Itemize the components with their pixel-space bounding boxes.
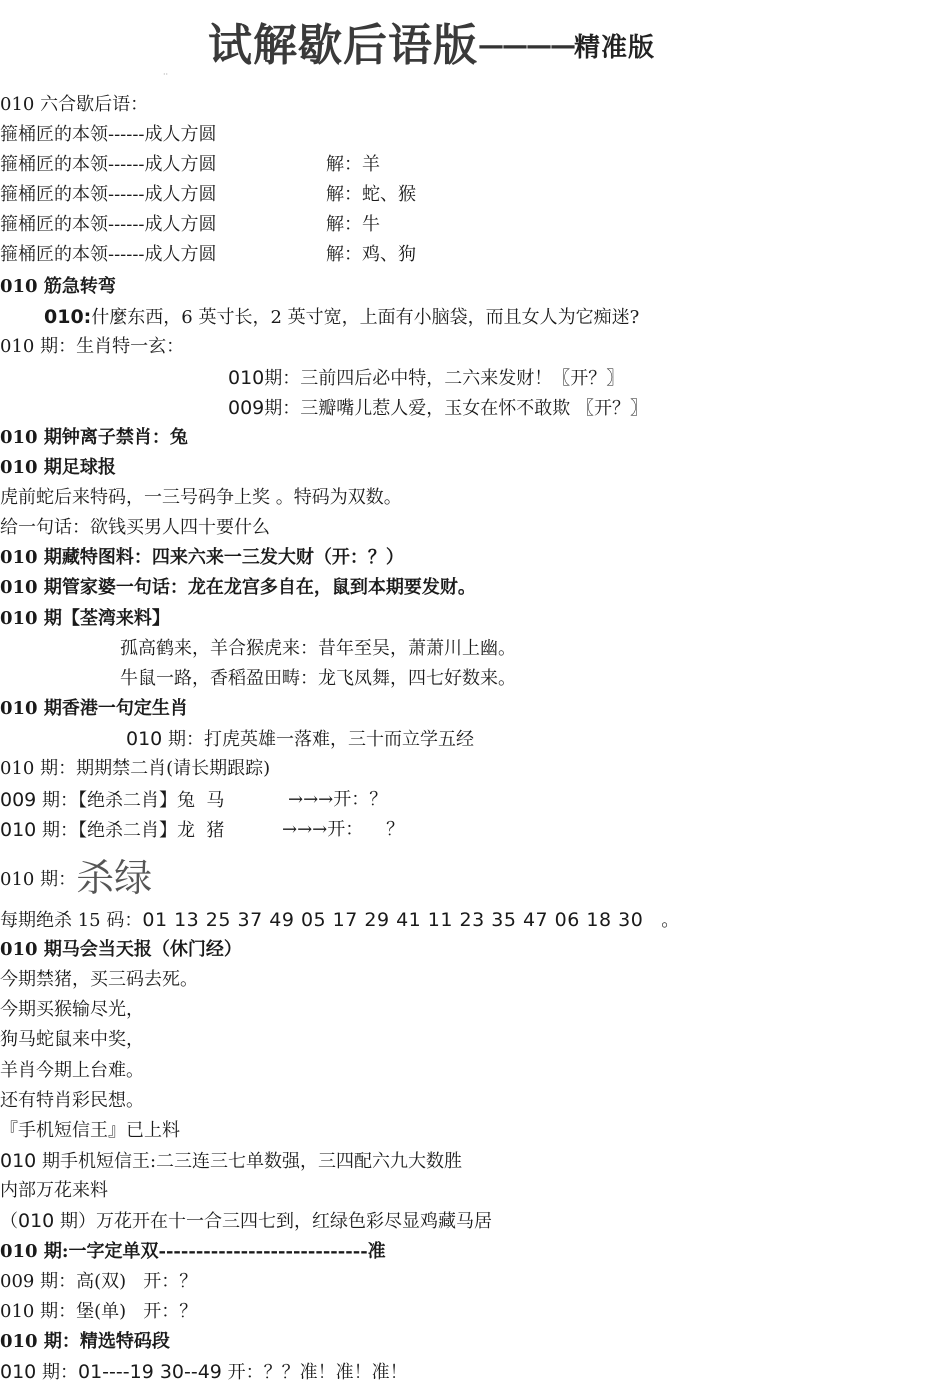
- xiehouyu-answer: 解：蛇、猴: [326, 182, 416, 208]
- stray-mark: ··: [163, 70, 168, 79]
- shengxiao-line: 009期：三瓣嘴儿惹人爱，玉女在怀不敢欺 〖开？〗: [228, 395, 648, 422]
- page-title: 试解歇后语版————精准版: [208, 18, 655, 76]
- title-main: 试解歇后语版: [208, 20, 478, 71]
- quanwan-line: 牛鼠一路，香稻盈田畴：龙飞凤舞，四七好数来。: [120, 666, 516, 692]
- xiehouyu-answer: 解：羊: [326, 152, 380, 178]
- sms-line: 010 期手机短信王:二三连三七单数强，三四配六九大数胜: [0, 1148, 462, 1175]
- mahui-line: 狗马蛇鼠来中奖，: [0, 1027, 144, 1053]
- shalv-text: 杀绿: [76, 856, 152, 900]
- hk-heading: 010 期香港一句定生肖: [0, 696, 188, 722]
- brain-heading: 010 筋急转弯: [0, 274, 116, 300]
- kill15-row: 每期绝杀 15 码：01 13 25 37 49 05 17 29 41 11 …: [0, 907, 679, 934]
- quanwan-heading: 010 期【荃湾来料】: [0, 606, 170, 632]
- brain-question: 010:什麼东西，6 英寸长，2 英寸宽，上面有小脑袋，而且女人为它痴迷?: [44, 304, 639, 331]
- shengxiao-heading: 010 期：生肖特一玄：: [0, 334, 184, 360]
- football-heading: 010 期足球报: [0, 455, 116, 481]
- xiehouyu-row: 箍桶匠的本领------成人方圆解：牛: [0, 212, 600, 238]
- wanhua-line: （010 期）万花开在十一合三四七到，红绿色彩尽显鸡藏马居: [0, 1208, 492, 1235]
- mahui-line: 今期禁猪，买三码去死。: [0, 967, 198, 993]
- danshuang-row: 009 期：高(双) 开：？: [0, 1269, 197, 1295]
- xiehouyu-answer: 解：牛: [326, 212, 380, 238]
- title-dash: ————: [478, 31, 574, 61]
- xiehouyu-heading: 010 六合歇后语：: [0, 92, 148, 118]
- xiehouyu-row: 箍桶匠的本领------成人方圆解：鸡、狗: [0, 242, 600, 268]
- juesha-row: 009 期：【绝杀二肖】兔 马→→→开：？: [0, 787, 224, 814]
- hk-line: 010 期：打虎英雄一落难，三十而立学五经: [126, 726, 474, 753]
- one-sentence: 给一句话：欲钱买男人四十要什么: [0, 515, 270, 541]
- danshuang-row: 010 期：堡(单) 开：？: [0, 1299, 197, 1325]
- guanjia-item: 010 期管家婆一句话：龙在龙宫多自在，鼠到本期要发财。: [0, 575, 476, 601]
- xiehouyu-row: 箍桶匠的本领------成人方圆解：羊: [0, 152, 600, 178]
- cangte-item: 010 期藏特图料：四来六来一三发大财（开：？）: [0, 545, 404, 571]
- mahui-line: 还有特肖彩民想。: [0, 1088, 144, 1114]
- zhongli-item: 010 期钟离子禁肖：兔: [0, 425, 188, 451]
- jingxuan-line: 010 期：01----19 30--49 开：？？准！准！准！: [0, 1359, 408, 1386]
- xiehouyu-row: 箍桶匠的本领------成人方圆解：蛇、猴: [0, 182, 600, 208]
- kill15-codes: 01 13 25 37 49 05 17 29 41 11 23 35 47 0…: [142, 909, 643, 931]
- mahui-line: 今期买猴输尽光，: [0, 997, 144, 1023]
- shalv-row: 010 期：杀绿: [0, 858, 152, 900]
- mahui-heading: 010 期马会当天报（休门经）: [0, 937, 242, 963]
- mahui-line: 羊肖今期上台难。: [0, 1058, 144, 1084]
- jingxuan-heading: 010 期：精选特码段: [0, 1329, 170, 1355]
- juesha-row: 010 期：【绝杀二肖】龙 猪→→→开： ？: [0, 817, 224, 844]
- xiehouyu-row: 箍桶匠的本领------成人方圆: [0, 122, 217, 148]
- wanhua-heading: 内部万花来料: [0, 1178, 108, 1204]
- quanwan-line: 孤高鹤来，羊合猴虎来：昔年至吴，萧萧川上幽。: [120, 636, 516, 662]
- jin-erxiao: 010 期：期期禁二肖(请长期跟踪): [0, 756, 270, 782]
- title-subtitle: 精准版: [574, 33, 655, 63]
- xiehouyu-answer: 解：鸡、狗: [326, 242, 416, 268]
- shengxiao-line: 010期：三前四后必中特，二六来发财！〖开？〗: [228, 365, 624, 392]
- football-text: 虎前蛇后来特码，一三号码争上奖 。特码为双数。: [0, 485, 402, 511]
- sms-heading: 『手机短信王』已上料: [0, 1118, 180, 1144]
- danshuang-heading: 010 期:一字定单双----------------------------准: [0, 1239, 386, 1265]
